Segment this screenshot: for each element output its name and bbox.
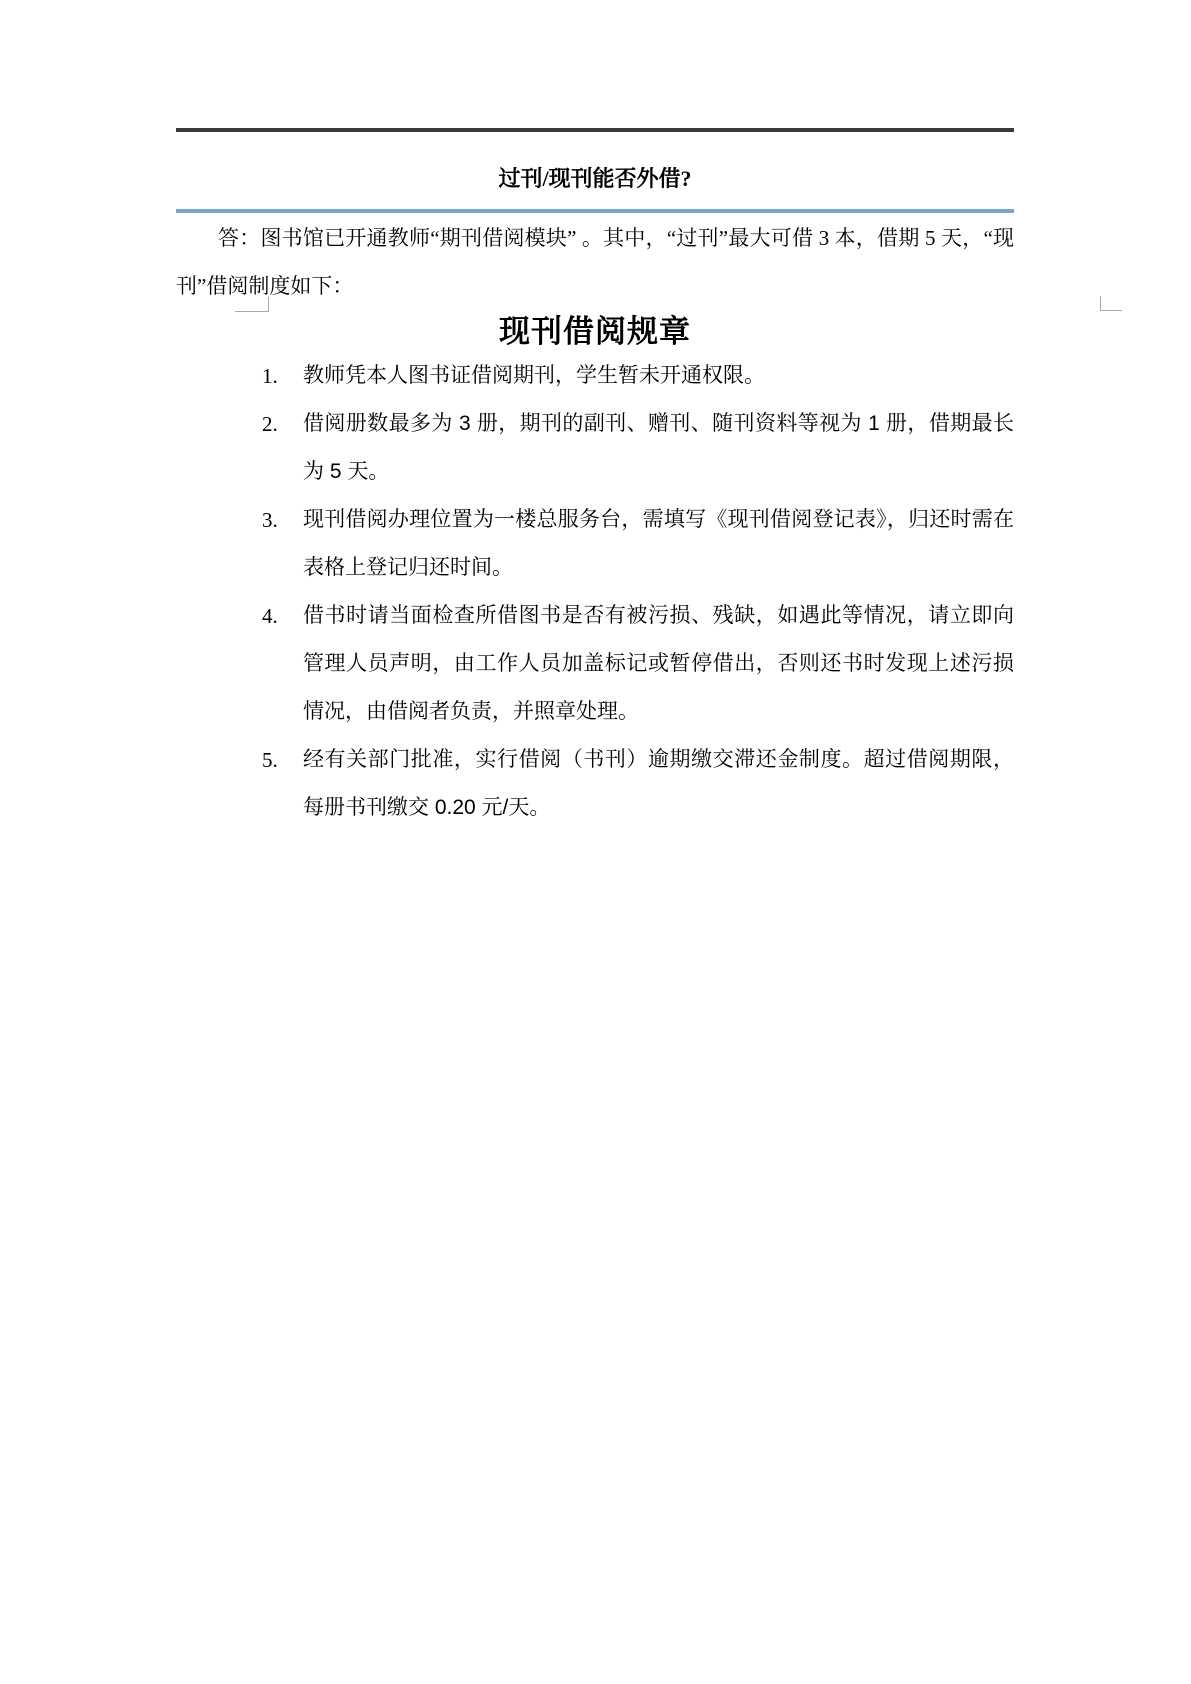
list-item: 3. 现刊借阅办理位置为一楼总服务台，需填写《现刊借阅登记表》，归还时需在表格上… [262,496,1014,592]
section-heading: 现刊借阅规章 [176,306,1014,351]
list-item-text: 教师凭本人图书证借阅期刊，学生暂未开通权限。 [303,352,1014,400]
page-title: 过刊/现刊能否外借? [176,162,1014,193]
list-item: 2. 借阅册数最多为 3 册，期刊的副刊、赠刊、随刊资料等视为 1 册，借期最长… [262,400,1014,496]
list-item: 5. 经有关部门批准，实行借阅（书刊）逾期缴交滞还金制度。超过借阅期限，每册书刊… [262,736,1014,832]
list-item: 4. 借书时请当面检查所借图书是否有被污损、残缺，如遇此等情况，请立即向管理人员… [262,592,1014,736]
list-item-text: 现刊借阅办理位置为一楼总服务台，需填写《现刊借阅登记表》，归还时需在表格上登记归… [303,496,1014,592]
list-item-number: 3. [262,496,303,544]
list-item-text: 借阅册数最多为 3 册，期刊的副刊、赠刊、随刊资料等视为 1 册，借期最长为 5… [303,400,1014,496]
top-divider-rule [176,128,1014,132]
list-item-text: 借书时请当面检查所借图书是否有被污损、残缺，如遇此等情况，请立即向管理人员声明，… [303,592,1014,736]
list-item-number: 1. [262,352,303,400]
list-item-number: 2. [262,400,303,448]
text-boundary-mark-right [1100,296,1122,311]
list-item-number: 5. [262,736,303,784]
list-item-text: 经有关部门批准，实行借阅（书刊）逾期缴交滞还金制度。超过借阅期限，每册书刊缴交 … [303,736,1014,832]
list-item: 1. 教师凭本人图书证借阅期刊，学生暂未开通权限。 [262,352,1014,400]
list-item-number: 4. [262,592,303,640]
rules-list: 1. 教师凭本人图书证借阅期刊，学生暂未开通权限。 2. 借阅册数最多为 3 册… [176,352,1014,832]
answer-paragraph: 答：图书馆已开通教师“期刊借阅模块” 。其中，“过刊”最大可借 3 本，借期 5… [176,214,1014,310]
title-underline-rule [176,209,1014,213]
document-page: 过刊/现刊能否外借? 答：图书馆已开通教师“期刊借阅模块” 。其中，“过刊”最大… [0,0,1191,1684]
